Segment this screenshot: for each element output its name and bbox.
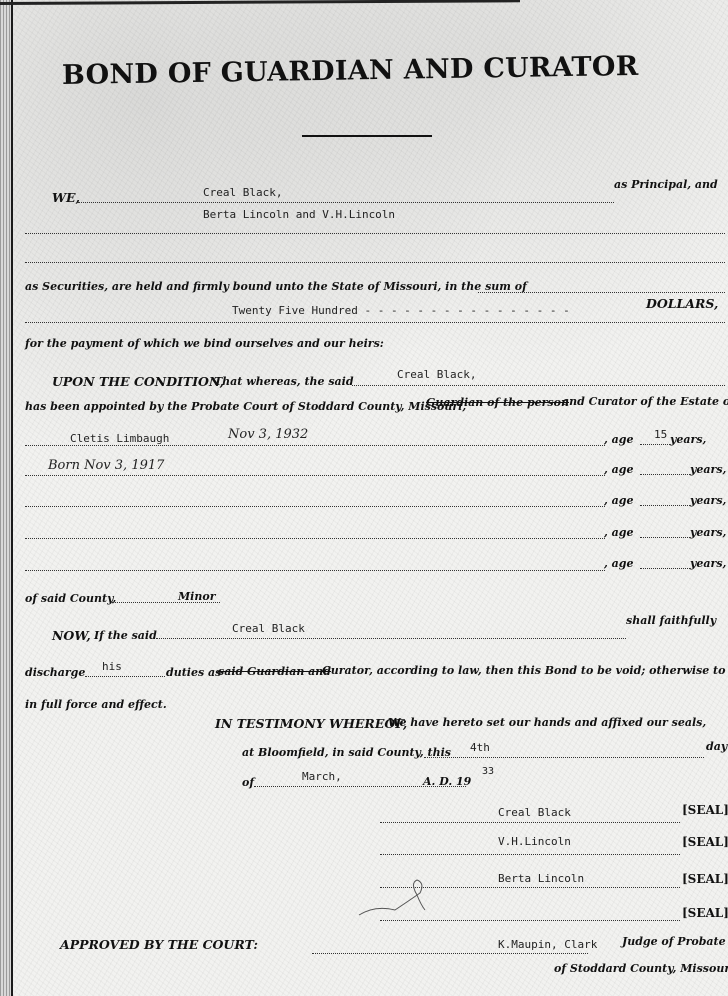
minor-age: 15 bbox=[654, 428, 667, 441]
now-field-line bbox=[156, 638, 626, 639]
signature-name: Creal Black bbox=[498, 806, 571, 819]
scan-edge bbox=[0, 0, 11, 996]
principal-name: Creal Black, bbox=[203, 186, 282, 199]
now-label: NOW, bbox=[52, 628, 91, 643]
securities-text: as Securities, are held and firmly bound… bbox=[25, 280, 527, 293]
age-label: , age bbox=[604, 494, 633, 507]
judge-title-a: Judge of Probate bbox=[622, 935, 726, 948]
minor-name-line bbox=[25, 570, 605, 571]
title-underline bbox=[302, 135, 432, 137]
securities-field-line-2 bbox=[25, 262, 725, 263]
judge-title-b: of Stoddard County, Missouri. bbox=[554, 962, 728, 975]
judge-line bbox=[312, 953, 588, 954]
discharge-label: discharge bbox=[25, 666, 85, 679]
principal-field-line bbox=[78, 202, 614, 203]
age-label: , age bbox=[604, 526, 633, 539]
we-label: WE, bbox=[52, 190, 80, 205]
securities-field-line bbox=[25, 233, 725, 234]
minor-name-line bbox=[25, 538, 605, 539]
judge-name: K.Maupin, Clark bbox=[498, 938, 597, 951]
left-margin-rule bbox=[11, 0, 13, 996]
seal-label: [SEAL] bbox=[682, 803, 728, 817]
as-principal-label: as Principal, and bbox=[614, 178, 718, 191]
condition-text: That whereas, the said bbox=[214, 375, 354, 388]
year-value: 33 bbox=[482, 766, 494, 777]
minor-name-line bbox=[25, 506, 605, 507]
condition-name: Creal Black, bbox=[397, 368, 476, 381]
appointed-text-b: and Curator of the Estate of bbox=[562, 395, 728, 408]
day-label: day bbox=[706, 740, 727, 753]
faithfully-label: shall faithfully bbox=[626, 614, 716, 627]
age-line bbox=[640, 444, 670, 445]
month-value: March, bbox=[302, 770, 342, 783]
pronoun: his bbox=[102, 660, 122, 673]
sum-field-line bbox=[478, 292, 725, 293]
seal-label: [SEAL] bbox=[682, 872, 728, 886]
duties-text-a: duties as bbox=[166, 666, 221, 679]
minor-label: Minor bbox=[178, 590, 216, 603]
minor-birth-note: Born Nov 3, 1917 bbox=[48, 458, 164, 473]
age-line bbox=[640, 568, 690, 569]
age-label: , age bbox=[604, 463, 633, 476]
age-line bbox=[640, 505, 690, 506]
seal-label: [SEAL] bbox=[682, 906, 728, 920]
age-label: , age bbox=[604, 433, 633, 446]
years-label: years, bbox=[690, 494, 726, 507]
duties-text-b: Curator, according to law, then this Bon… bbox=[322, 664, 728, 677]
condition-label: UPON THE CONDITION, bbox=[52, 374, 224, 389]
years-label: years, bbox=[690, 557, 726, 570]
place-text: at Bloomfield, in said County, this bbox=[242, 746, 451, 759]
securities-names: Berta Lincoln and V.H.Lincoln bbox=[203, 208, 395, 221]
minor-handwritten-note: Nov 3, 1932 bbox=[228, 427, 308, 442]
dollars-label: DOLLARS, bbox=[646, 296, 718, 311]
pronoun-line bbox=[85, 676, 165, 677]
day-line bbox=[424, 757, 704, 758]
signature-rule bbox=[380, 822, 680, 823]
sum-amount: Twenty Five Hundred - - - - - - - - - - … bbox=[232, 304, 570, 317]
years-label: years, bbox=[690, 463, 726, 476]
minor-name-line bbox=[25, 445, 605, 446]
seal-label: [SEAL] bbox=[682, 835, 728, 849]
handwritten-flourish bbox=[355, 875, 435, 925]
age-line bbox=[640, 474, 690, 475]
age-line bbox=[640, 537, 690, 538]
sum-field-line-2 bbox=[25, 322, 725, 323]
age-label: , age bbox=[604, 557, 633, 570]
county-label: of said County, bbox=[25, 592, 116, 605]
years-label: years, bbox=[690, 526, 726, 539]
now-text: If the said bbox=[94, 629, 157, 642]
signature-name: V.H.Lincoln bbox=[498, 835, 571, 848]
condition-field-line bbox=[352, 385, 725, 386]
minor-name: Cletis Limbaugh bbox=[70, 432, 169, 445]
struck-text: Guardian of the person bbox=[426, 396, 569, 409]
signature-rule bbox=[380, 854, 680, 855]
force-text: in full force and effect. bbox=[25, 698, 167, 711]
approved-label: APPROVED BY THE COURT: bbox=[60, 937, 258, 952]
day-value: 4th bbox=[470, 741, 490, 754]
of-label: of bbox=[242, 776, 254, 789]
signature-name: Berta Lincoln bbox=[498, 872, 584, 885]
now-name: Creal Black bbox=[232, 622, 305, 635]
payment-text: for the payment of which we bind ourselv… bbox=[25, 337, 384, 350]
testimony-label: IN TESTIMONY WHEREOF, bbox=[215, 716, 407, 731]
appointed-text-a: has been appointed by the Probate Court … bbox=[25, 400, 466, 413]
duties-struck: said Guardian and bbox=[218, 665, 331, 678]
years-label: years, bbox=[670, 433, 706, 446]
ad-label: A. D. 19 bbox=[423, 775, 471, 788]
minor-name-line bbox=[25, 475, 605, 476]
testimony-text: We have hereto set our hands and affixed… bbox=[388, 716, 706, 729]
